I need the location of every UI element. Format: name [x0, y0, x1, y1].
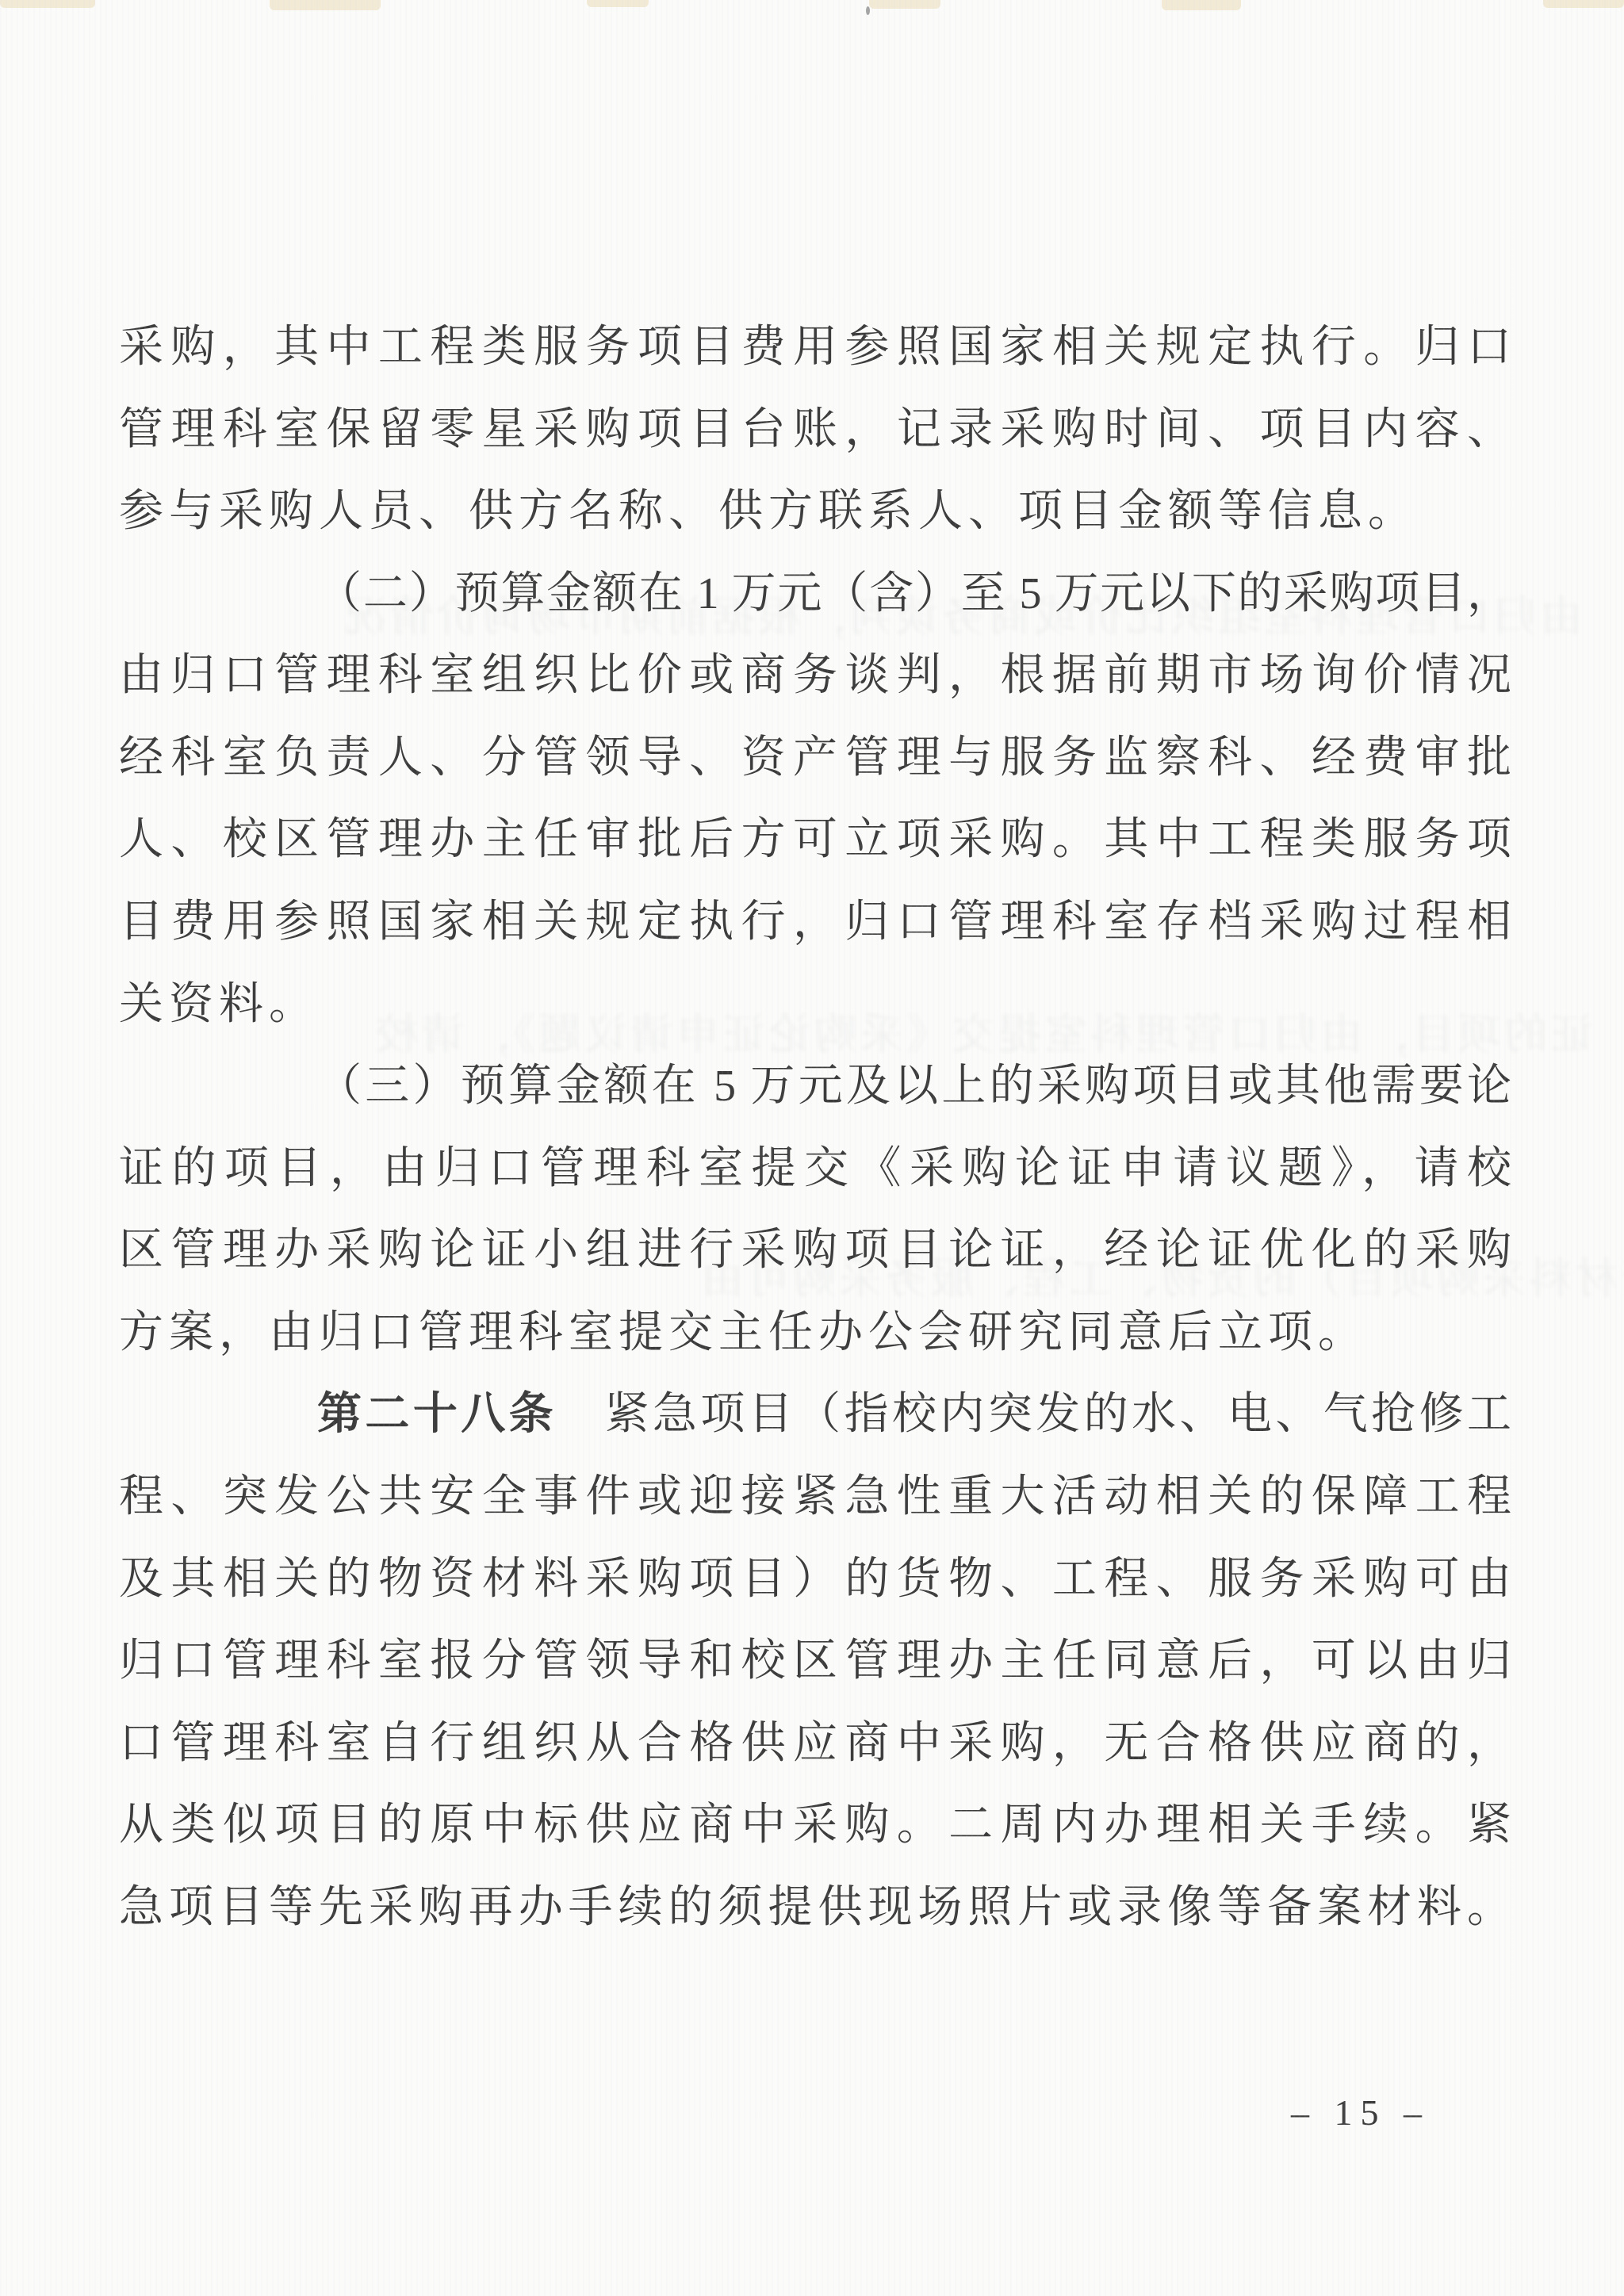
text-line: 目费用参照国家相关规定执行，归口管理科室存档采购过程相 — [119, 894, 1511, 951]
text-line-paragraph-end: 参与采购人员、供方名称、供方联系人、项目金额等信息。 — [119, 483, 1511, 540]
text-line-paragraph-end: 方案，由归口管理科室提交主任办公会研究同意后立项。 — [119, 1304, 1511, 1361]
scan-speck-artifact — [866, 6, 870, 15]
scan-artifact — [1543, 0, 1624, 8]
text-line: 及其相关的物资材料采购项目）的货物、工程、服务采购可由 — [119, 1551, 1511, 1608]
text-line: 程、突发公共安全事件或迎接紧急性重大活动相关的保障工程 — [119, 1468, 1511, 1525]
text-line: 人、校区管理办主任审批后方可立项采购。其中工程类服务项 — [119, 811, 1511, 868]
text-line: 急项目等先采购再办手续的须提供现场照片或录像等备案材料。 — [119, 1879, 1511, 1936]
text-line: 由归口管理科室组织比价或商务谈判，根据前期市场询价情况 — [119, 647, 1511, 704]
text-line: 口管理科室自行组织从合格供应商中采购，无合格供应商的， — [119, 1715, 1511, 1772]
article-number-bold: 第二十八条 — [317, 1390, 557, 1439]
text-line-paragraph-end: 关资料。 — [119, 976, 1511, 1033]
text-line-paragraph-start: （二）预算金额在 1 万元（含）至 5 万元以下的采购项目， — [317, 565, 1511, 622]
scan-artifact — [869, 0, 940, 9]
page-number: – 15 – — [1291, 2091, 1430, 2133]
article-28-text: 紧急项目（指校内突发的水、电、气抢修工 — [557, 1390, 1511, 1439]
scan-artifact — [587, 0, 649, 7]
text-line-paragraph-start: （三）预算金额在 5 万元及以上的采购项目或其他需要论 — [317, 1058, 1511, 1115]
text-line: 从类似项目的原中标供应商中采购。二周内办理相关手续。紧 — [119, 1797, 1511, 1854]
text-line: 区管理办采购论证小组进行采购项目论证，经论证优化的采购 — [119, 1222, 1511, 1279]
text-line: 管理科室保留零星采购项目台账，记录采购时间、项目内容、 — [119, 401, 1511, 458]
scan-artifact — [0, 0, 95, 8]
text-line-article-28: 第二十八条 紧急项目（指校内突发的水、电、气抢修工 — [317, 1386, 1511, 1443]
text-line: 归口管理科室报分管领导和校区管理办主任同意后，可以由归 — [119, 1632, 1511, 1689]
scan-artifact — [270, 0, 381, 10]
text-line: 经科室负责人、分管领导、资产管理与服务监察科、经费审批 — [119, 729, 1511, 786]
scan-artifact — [1162, 0, 1241, 10]
text-line: 采购，其中工程类服务项目费用参照国家相关规定执行。归口 — [119, 319, 1511, 376]
text-line: 证的项目，由归口管理科室提交《采购论证申请议题》，请校 — [119, 1140, 1511, 1197]
